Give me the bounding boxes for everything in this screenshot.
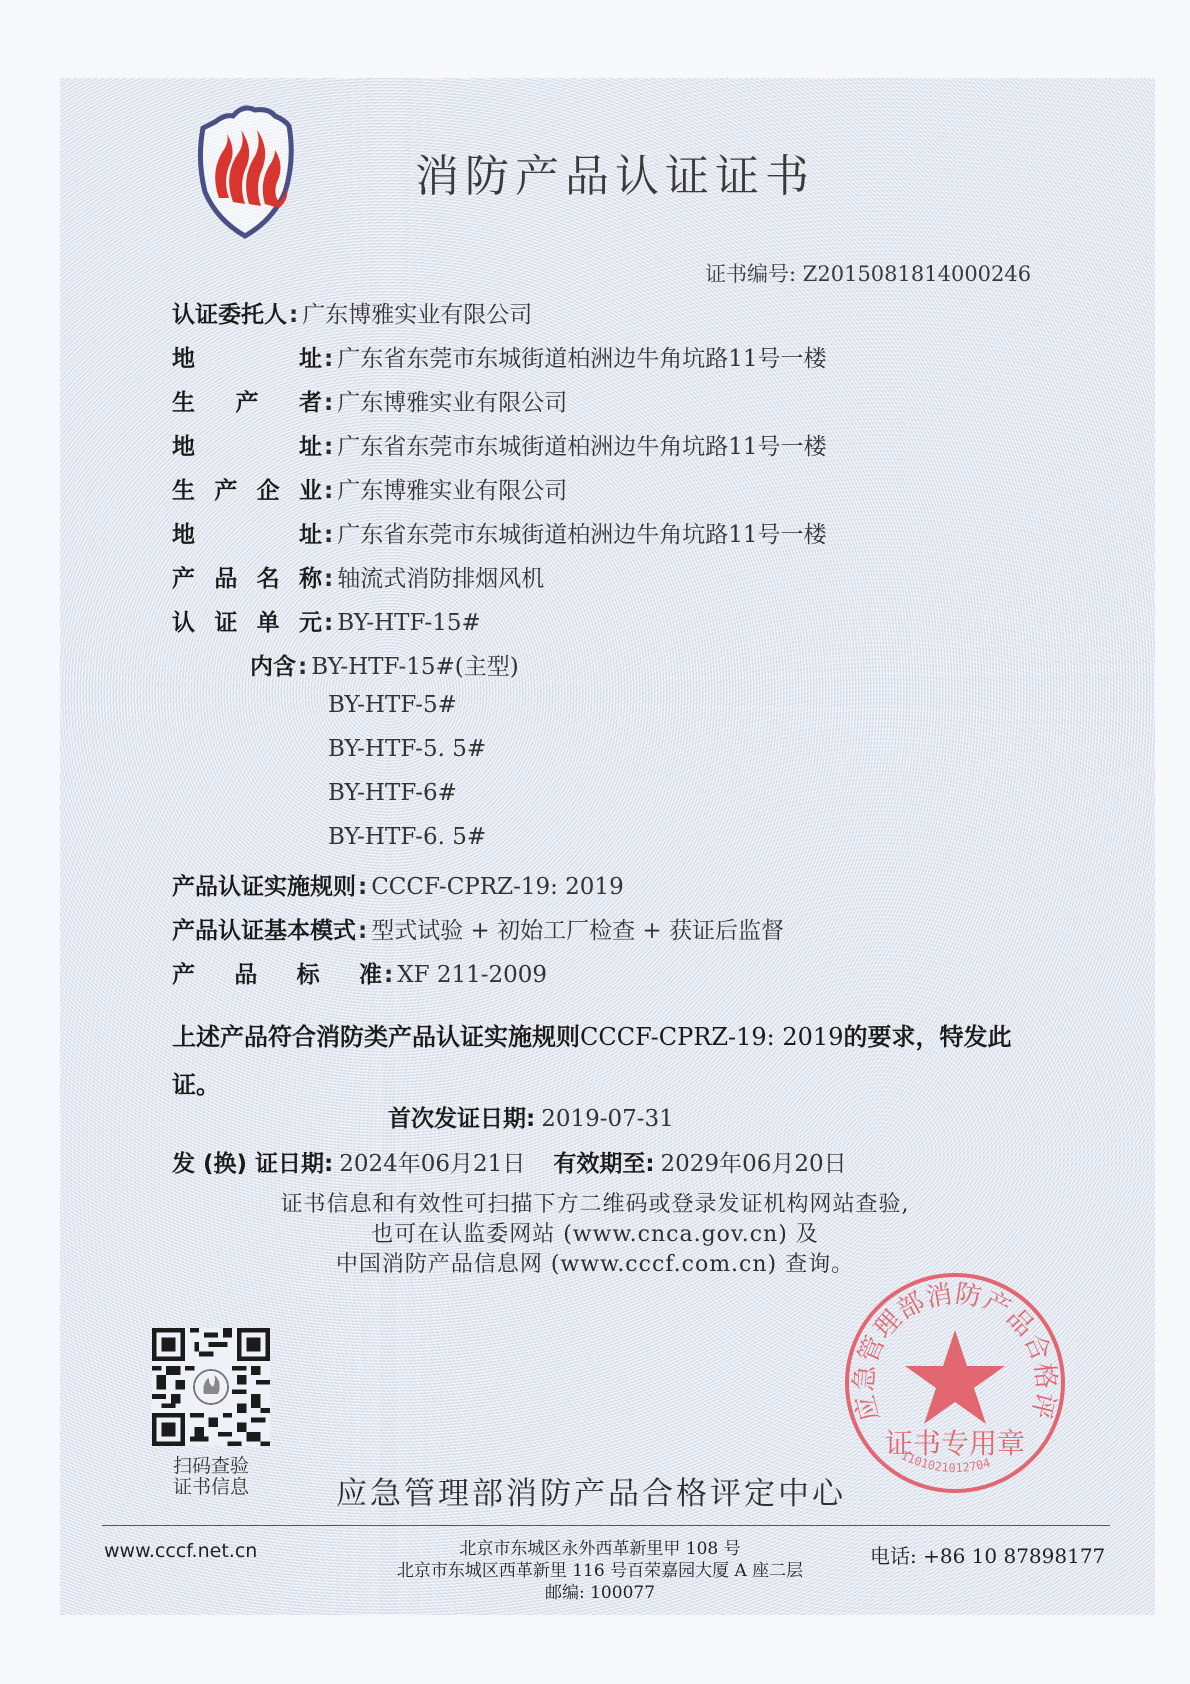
field-value: 广东博雅实业有限公司 bbox=[337, 472, 567, 505]
notice-line: 也可在认监委网站 (www.cnca.gov.cn) 及 bbox=[0, 1220, 1190, 1250]
field-label: 产品标准 bbox=[172, 956, 382, 989]
field-colon: : bbox=[324, 522, 333, 548]
valid-until-value: 2029年06月20日 bbox=[661, 1145, 847, 1178]
qr-caption-line: 扫码查验 bbox=[152, 1456, 270, 1477]
first-issue-date: 首次发证日期: 2019-07-31 bbox=[388, 1100, 674, 1140]
field-colon: : bbox=[384, 962, 393, 988]
page-title: 消防产品认证证书 bbox=[0, 140, 1190, 204]
first-issue-date-value: 2019-07-31 bbox=[541, 1106, 674, 1132]
field-label: 产品名称 bbox=[172, 560, 322, 593]
verification-notice: 证书信息和有效性可扫描下方二维码或登录发证机构网站查验, 也可在认监委网站 (w… bbox=[0, 1190, 1190, 1280]
valid-until-label: 有效期至: bbox=[553, 1145, 654, 1178]
field-value: CCCF-CPRZ-19: 2019 bbox=[371, 874, 624, 900]
statement-rule-code: CCCF-CPRZ-19: 2019 bbox=[580, 1023, 843, 1051]
footer-address-line: 北京市东城区永外西革新里甲 108 号 bbox=[330, 1538, 870, 1560]
field-colon: : bbox=[324, 566, 333, 592]
qr-code-icon[interactable] bbox=[152, 1328, 270, 1446]
footer-divider bbox=[102, 1525, 1110, 1526]
model-item: BY-HTF-15#(主型) bbox=[311, 648, 519, 681]
certificate-number: 证书编号: Z2015081814000246 bbox=[705, 258, 1031, 288]
field-label: 地址 bbox=[172, 516, 322, 549]
field-value: 广东博雅实业有限公司 bbox=[302, 296, 532, 329]
field-value: 广东省东莞市东城街道柏洲边牛角坑路11号一楼 bbox=[337, 516, 826, 549]
field-label: 认证单元 bbox=[172, 604, 322, 637]
field-label: 产品认证实施规则 bbox=[172, 868, 356, 901]
field-product-standard: 产品标准 : XF 211-2009 bbox=[172, 956, 547, 996]
issue-date: 发 (换) 证日期: 2024年06月21日 有效期至: 2029年06月20日 bbox=[172, 1145, 847, 1185]
model-item: BY-HTF-6. 5# bbox=[328, 824, 486, 850]
field-value: 轴流式消防排烟风机 bbox=[337, 560, 544, 593]
field-colon: : bbox=[289, 302, 298, 328]
field-value: 广东省东莞市东城街道柏洲边牛角坑路11号一楼 bbox=[337, 340, 826, 373]
field-colon: : bbox=[324, 610, 333, 636]
field-value: 广东博雅实业有限公司 bbox=[337, 384, 567, 417]
issuing-authority: 应急管理部消防产品合格评定中心 bbox=[336, 1468, 846, 1513]
field-label: 生产企业 bbox=[172, 472, 322, 505]
field-applicant-address: 地址 : 广东省东莞市东城街道柏洲边牛角坑路11号一楼 bbox=[172, 340, 826, 380]
footer-address-line: 北京市东城区西革新里 116 号百荣嘉园大厦 A 座二层 bbox=[330, 1560, 870, 1582]
certificate-number-label: 证书编号: bbox=[705, 262, 796, 286]
issue-date-value: 2024年06月21日 bbox=[339, 1145, 525, 1178]
model-item: BY-HTF-5# bbox=[328, 692, 457, 718]
official-seal-icon: 应急管理部消防产品合格评定中心 证书专用章 1101021012704 bbox=[840, 1268, 1070, 1498]
field-manufacturer: 生产企业 : 广东博雅实业有限公司 bbox=[172, 472, 567, 512]
field-label: 内含 bbox=[250, 648, 296, 681]
field-product-name: 产品名称 : 轴流式消防排烟风机 bbox=[172, 560, 544, 600]
field-certification-unit: 认证单元 : BY-HTF-15# bbox=[172, 604, 481, 644]
first-issue-date-label: 首次发证日期: bbox=[388, 1100, 535, 1133]
certificate-number-value: Z2015081814000246 bbox=[803, 262, 1031, 286]
footer-website-link[interactable]: www.cccf.net.cn bbox=[104, 1540, 257, 1562]
field-value: 型式试验 + 初始工厂检查 + 获证后监督 bbox=[371, 912, 784, 945]
field-label: 认证委托人 bbox=[172, 296, 287, 329]
field-producer-address: 地址 : 广东省东莞市东城街道柏洲边牛角坑路11号一楼 bbox=[172, 428, 826, 468]
field-colon: : bbox=[324, 390, 333, 416]
field-producer: 生产者 : 广东博雅实业有限公司 bbox=[172, 384, 567, 424]
field-implementation-rule: 产品认证实施规则 : CCCF-CPRZ-19: 2019 bbox=[172, 868, 624, 908]
field-contains: 内含 : BY-HTF-15#(主型) bbox=[250, 648, 519, 688]
field-value: 广东省东莞市东城街道柏洲边牛角坑路11号一楼 bbox=[337, 428, 826, 461]
field-label: 产品认证基本模式 bbox=[172, 912, 356, 945]
field-certification-mode: 产品认证基本模式 : 型式试验 + 初始工厂检查 + 获证后监督 bbox=[172, 912, 784, 952]
notice-line: 证书信息和有效性可扫描下方二维码或登录发证机构网站查验, bbox=[0, 1190, 1190, 1220]
field-colon: : bbox=[358, 918, 367, 944]
statement-prefix: 上述产品符合消防类产品认证实施规则 bbox=[172, 1023, 580, 1051]
footer-postcode: 邮编: 100077 bbox=[330, 1582, 870, 1604]
field-label: 生产者 bbox=[172, 384, 322, 417]
field-colon: : bbox=[298, 654, 307, 680]
field-colon: : bbox=[324, 346, 333, 372]
field-value: BY-HTF-15# bbox=[337, 610, 481, 636]
model-item: BY-HTF-6# bbox=[328, 780, 457, 806]
field-colon: : bbox=[324, 478, 333, 504]
field-label: 地址 bbox=[172, 428, 322, 461]
certification-statement: 上述产品符合消防类产品认证实施规则CCCF-CPRZ-19: 2019的要求，特… bbox=[172, 1013, 1012, 1109]
field-colon: : bbox=[324, 434, 333, 460]
field-applicant: 认证委托人 : 广东博雅实业有限公司 bbox=[172, 296, 532, 336]
footer-address: 北京市东城区永外西革新里甲 108 号 北京市东城区西革新里 116 号百荣嘉园… bbox=[330, 1538, 870, 1604]
qr-caption-line: 证书信息 bbox=[152, 1477, 270, 1498]
field-colon: : bbox=[358, 874, 367, 900]
field-label: 地址 bbox=[172, 340, 322, 373]
model-item: BY-HTF-5. 5# bbox=[328, 736, 486, 762]
footer-phone: 电话: +86 10 87898177 bbox=[870, 1540, 1105, 1569]
qr-caption: 扫码查验 证书信息 bbox=[152, 1456, 270, 1498]
field-manufacturer-address: 地址 : 广东省东莞市东城街道柏洲边牛角坑路11号一楼 bbox=[172, 516, 826, 556]
field-value: XF 211-2009 bbox=[397, 962, 547, 988]
issue-date-label: 发 (换) 证日期: bbox=[172, 1145, 333, 1178]
